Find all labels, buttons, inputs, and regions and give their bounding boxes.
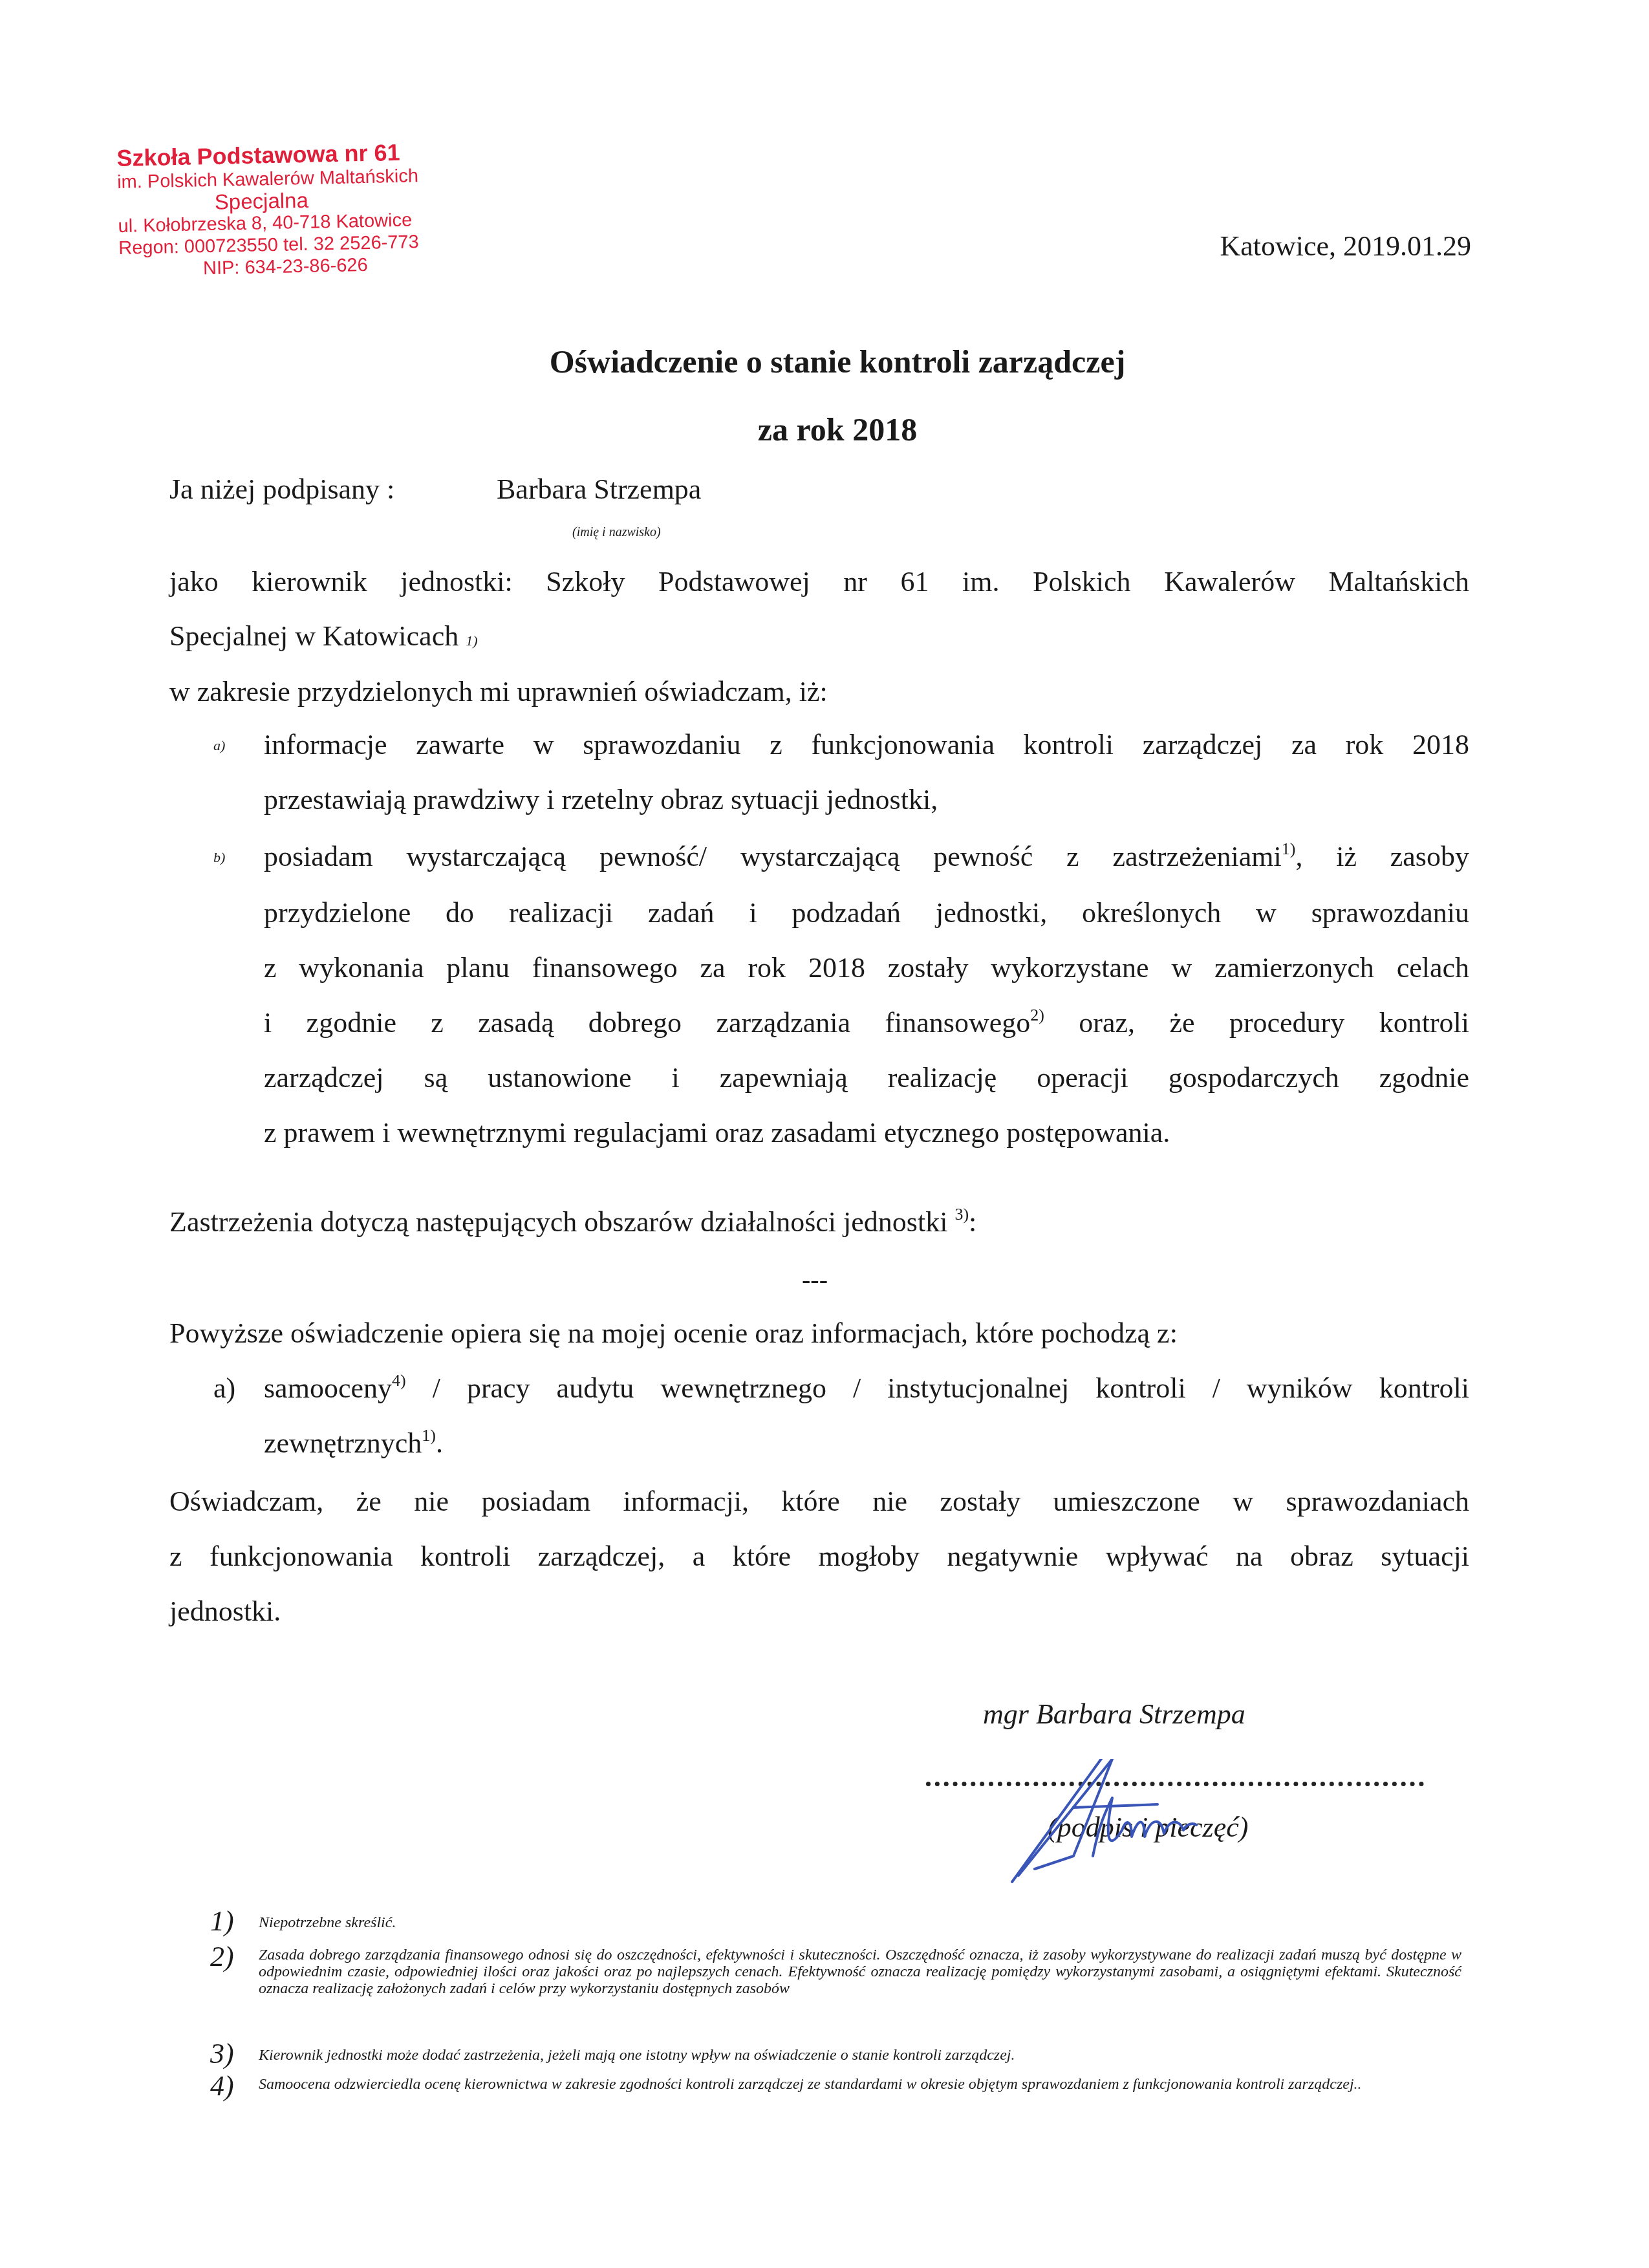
footnote-ref: 1) [466, 632, 477, 649]
footnote-2-number: 2) [210, 1940, 234, 1973]
reservations-text: Zastrzeżenia dotyczą następujących obsza… [169, 1206, 954, 1238]
basis-text: Powyższe oświadczenie opiera się na moje… [169, 1319, 1178, 1348]
basis-item-line-2: zewnętrznych1). [264, 1429, 1469, 1458]
basis-item-marker: a) [213, 1374, 235, 1403]
basis-item-line-1: samooceny4) / pracy audytu wewnętrznego … [264, 1374, 1469, 1403]
item-b-line-2: przydzielone do realizacji zadań i podza… [264, 899, 1469, 927]
footnote-ref: 2) [1030, 1006, 1044, 1024]
item-b-line-4: i zgodnie z zasadą dobrego zarządzania f… [264, 1009, 1469, 1037]
intro-line-2-text: Specjalnej w Katowicach [169, 620, 458, 652]
footnote-1-number: 1) [210, 1905, 234, 1938]
basis-item-text: samooceny [264, 1372, 392, 1404]
footnote-1-text: Niepotrzebne skreślić. [259, 1914, 1461, 1931]
item-b-line-4-tail: oraz, że procedury kontroli [1044, 1007, 1469, 1039]
place-date: Katowice, 2019.01.29 [1220, 230, 1471, 263]
basis-item-text-2: zewnętrznych [264, 1427, 422, 1459]
closing-line-1: Oświadczam, że nie posiadam informacji, … [169, 1487, 1469, 1516]
footnote-ref: 3) [954, 1205, 969, 1224]
intro-line-1: jako kierownik jednostki: Szkoły Podstaw… [169, 568, 1469, 596]
closing-line-2: z funkcjonowania kontroli zarządczej, a … [169, 1542, 1469, 1571]
item-a-line-2: przestawiają prawdziwy i rzetelny obraz … [264, 786, 1469, 814]
item-b-line-4-text: i zgodnie z zasadą dobrego zarządzania f… [264, 1007, 1030, 1039]
handwritten-signature-icon [1009, 1759, 1280, 1888]
footnote-4-text: Samoocena odzwierciedla ocenę kierownict… [259, 2076, 1461, 2093]
signatory-name: mgr Barbara Strzempa [983, 1698, 1245, 1731]
signer-caption: (imię i nazwisko) [572, 525, 661, 540]
intro-line-3: w zakresie przydzielonych mi uprawnień o… [169, 678, 1469, 706]
document-title: Oświadczenie o stanie kontroli zarządcze… [0, 343, 1649, 380]
item-b-line-1-tail: , iż zasoby [1295, 841, 1469, 872]
basis-item-tail-2: . [436, 1427, 443, 1459]
reservations-suffix: : [969, 1206, 976, 1238]
footnote-ref: 1) [422, 1426, 436, 1445]
footnote-2-text: Zasada dobrego zarządzania finansowego o… [259, 1947, 1461, 1997]
footnote-ref: 1) [1282, 839, 1296, 858]
signer-name: Barbara Strzempa [497, 475, 701, 504]
reservations-heading: Zastrzeżenia dotyczą następujących obsza… [169, 1208, 976, 1237]
reservations-value: --- [802, 1264, 828, 1295]
item-b-line-6: z prawem i wewnętrznymi regulacjami oraz… [264, 1119, 1469, 1147]
footnote-3-text: Kierownik jednostki może dodać zastrzeże… [259, 2047, 1461, 2064]
item-b-line-3: z wykonania planu finansowego za rok 201… [264, 954, 1469, 982]
item-b-line-1: posiadam wystarczającą pewność/ wystarcz… [264, 843, 1469, 871]
item-b-line-1-text: posiadam wystarczającą pewność/ wystarcz… [264, 841, 1282, 872]
item-a-line-1: informacje zawarte w sprawozdaniu z funk… [264, 731, 1469, 759]
footnote-3-number: 3) [210, 2037, 234, 2070]
signer-label: Ja niżej podpisany : [169, 475, 394, 504]
intro-line-2: Specjalnej w Katowicach 1) [169, 622, 1469, 655]
item-b-line-5: zarządczej są ustanowione i zapewniają r… [264, 1064, 1469, 1092]
closing-line-3: jednostki. [169, 1597, 1469, 1626]
item-b-marker: b) [213, 849, 225, 866]
footnote-4-number: 4) [210, 2069, 234, 2102]
footnote-ref: 4) [392, 1371, 406, 1390]
basis-item-tail: / pracy audytu wewnętrznego / instytucjo… [406, 1372, 1469, 1404]
document-subtitle: za rok 2018 [0, 411, 1649, 448]
item-a-marker: a) [213, 737, 225, 754]
school-stamp: Szkoła Podstawowa nr 61 im. Polskich Kaw… [116, 138, 501, 281]
